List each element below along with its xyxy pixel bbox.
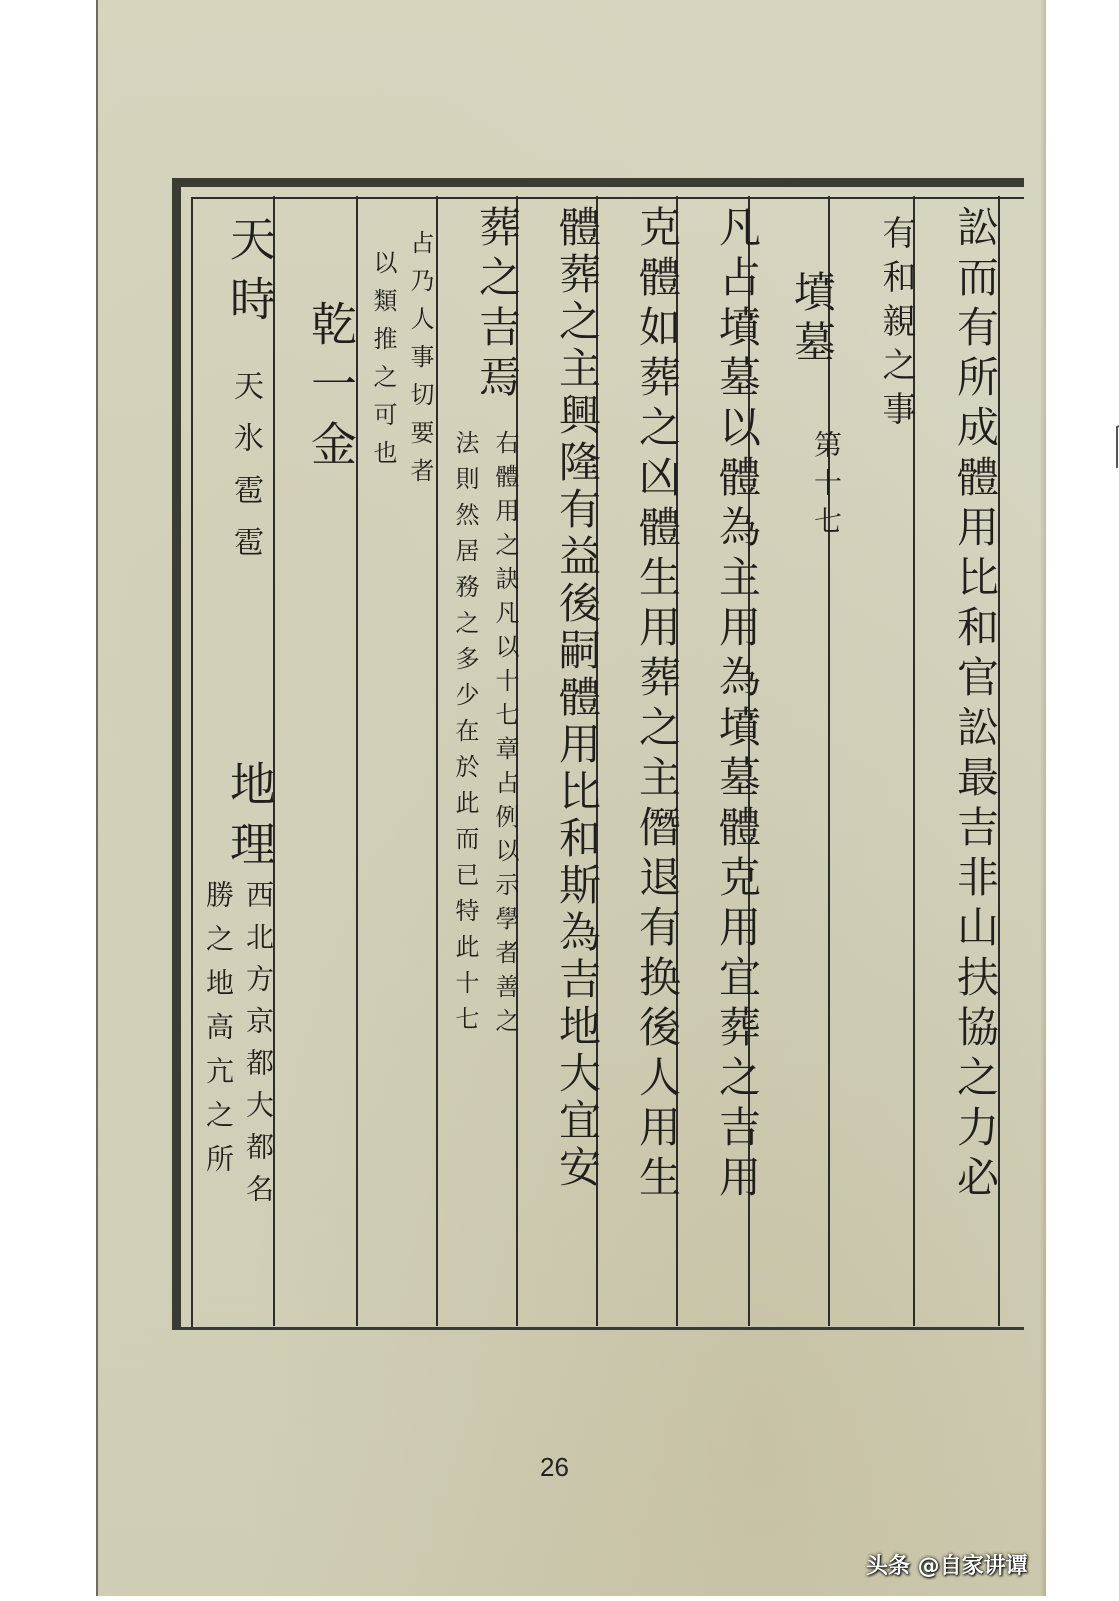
text-column-1: 訟而有所成體用比和官訟最吉非山扶協之力必 — [926, 205, 996, 1205]
annotation-left: 勝之地高亢之所 — [198, 880, 232, 1188]
annotation-right: 右體用之訣凡以十七章占例以示學者善之 — [483, 430, 517, 1042]
text-column-7: 葬之吉焉 — [448, 205, 518, 405]
category-heading-tianshi: 天時 — [203, 215, 273, 335]
section-heading-fenmu: 墳墓 — [763, 270, 833, 370]
category-heading-dili: 地理 — [203, 760, 273, 880]
annotation-right: 占乃人事切要者 — [398, 230, 432, 496]
annotation-right: 西北方京都大都名 — [238, 880, 272, 1216]
text-column-2: 有和親之事 — [843, 215, 913, 435]
watermark: 头条 @自家讲谭 — [866, 1549, 1028, 1580]
text-column-4: 凡占墳墓以體為主用為墳墓體克用宜葬之吉用 — [688, 205, 758, 1205]
text-column-5: 克體如葬之凶體生用葬之主僭退有换後人用生 — [608, 205, 678, 1205]
page-number: 26 — [540, 1452, 569, 1483]
tianshi-annotation: 天氷雹雹 — [226, 370, 260, 578]
text-column-6: 體葬之主興隆有益後嗣體用比和斯為吉地大宜安 — [528, 205, 598, 1192]
book-page: 訟而有所成體用比和官訟最吉非山扶協之力必 有和親之事 墳墓 第十七 凡占墳墓以體… — [96, 0, 1046, 1596]
chapter-number: 第十七 — [770, 430, 840, 544]
trigram-heading: 乾一金 — [284, 300, 354, 480]
annotation-left: 以類推之可也 — [361, 250, 395, 478]
annotation-left: 法則然居務之多少在於此而已特此十七 — [443, 430, 477, 1042]
column-rule — [436, 196, 438, 1326]
